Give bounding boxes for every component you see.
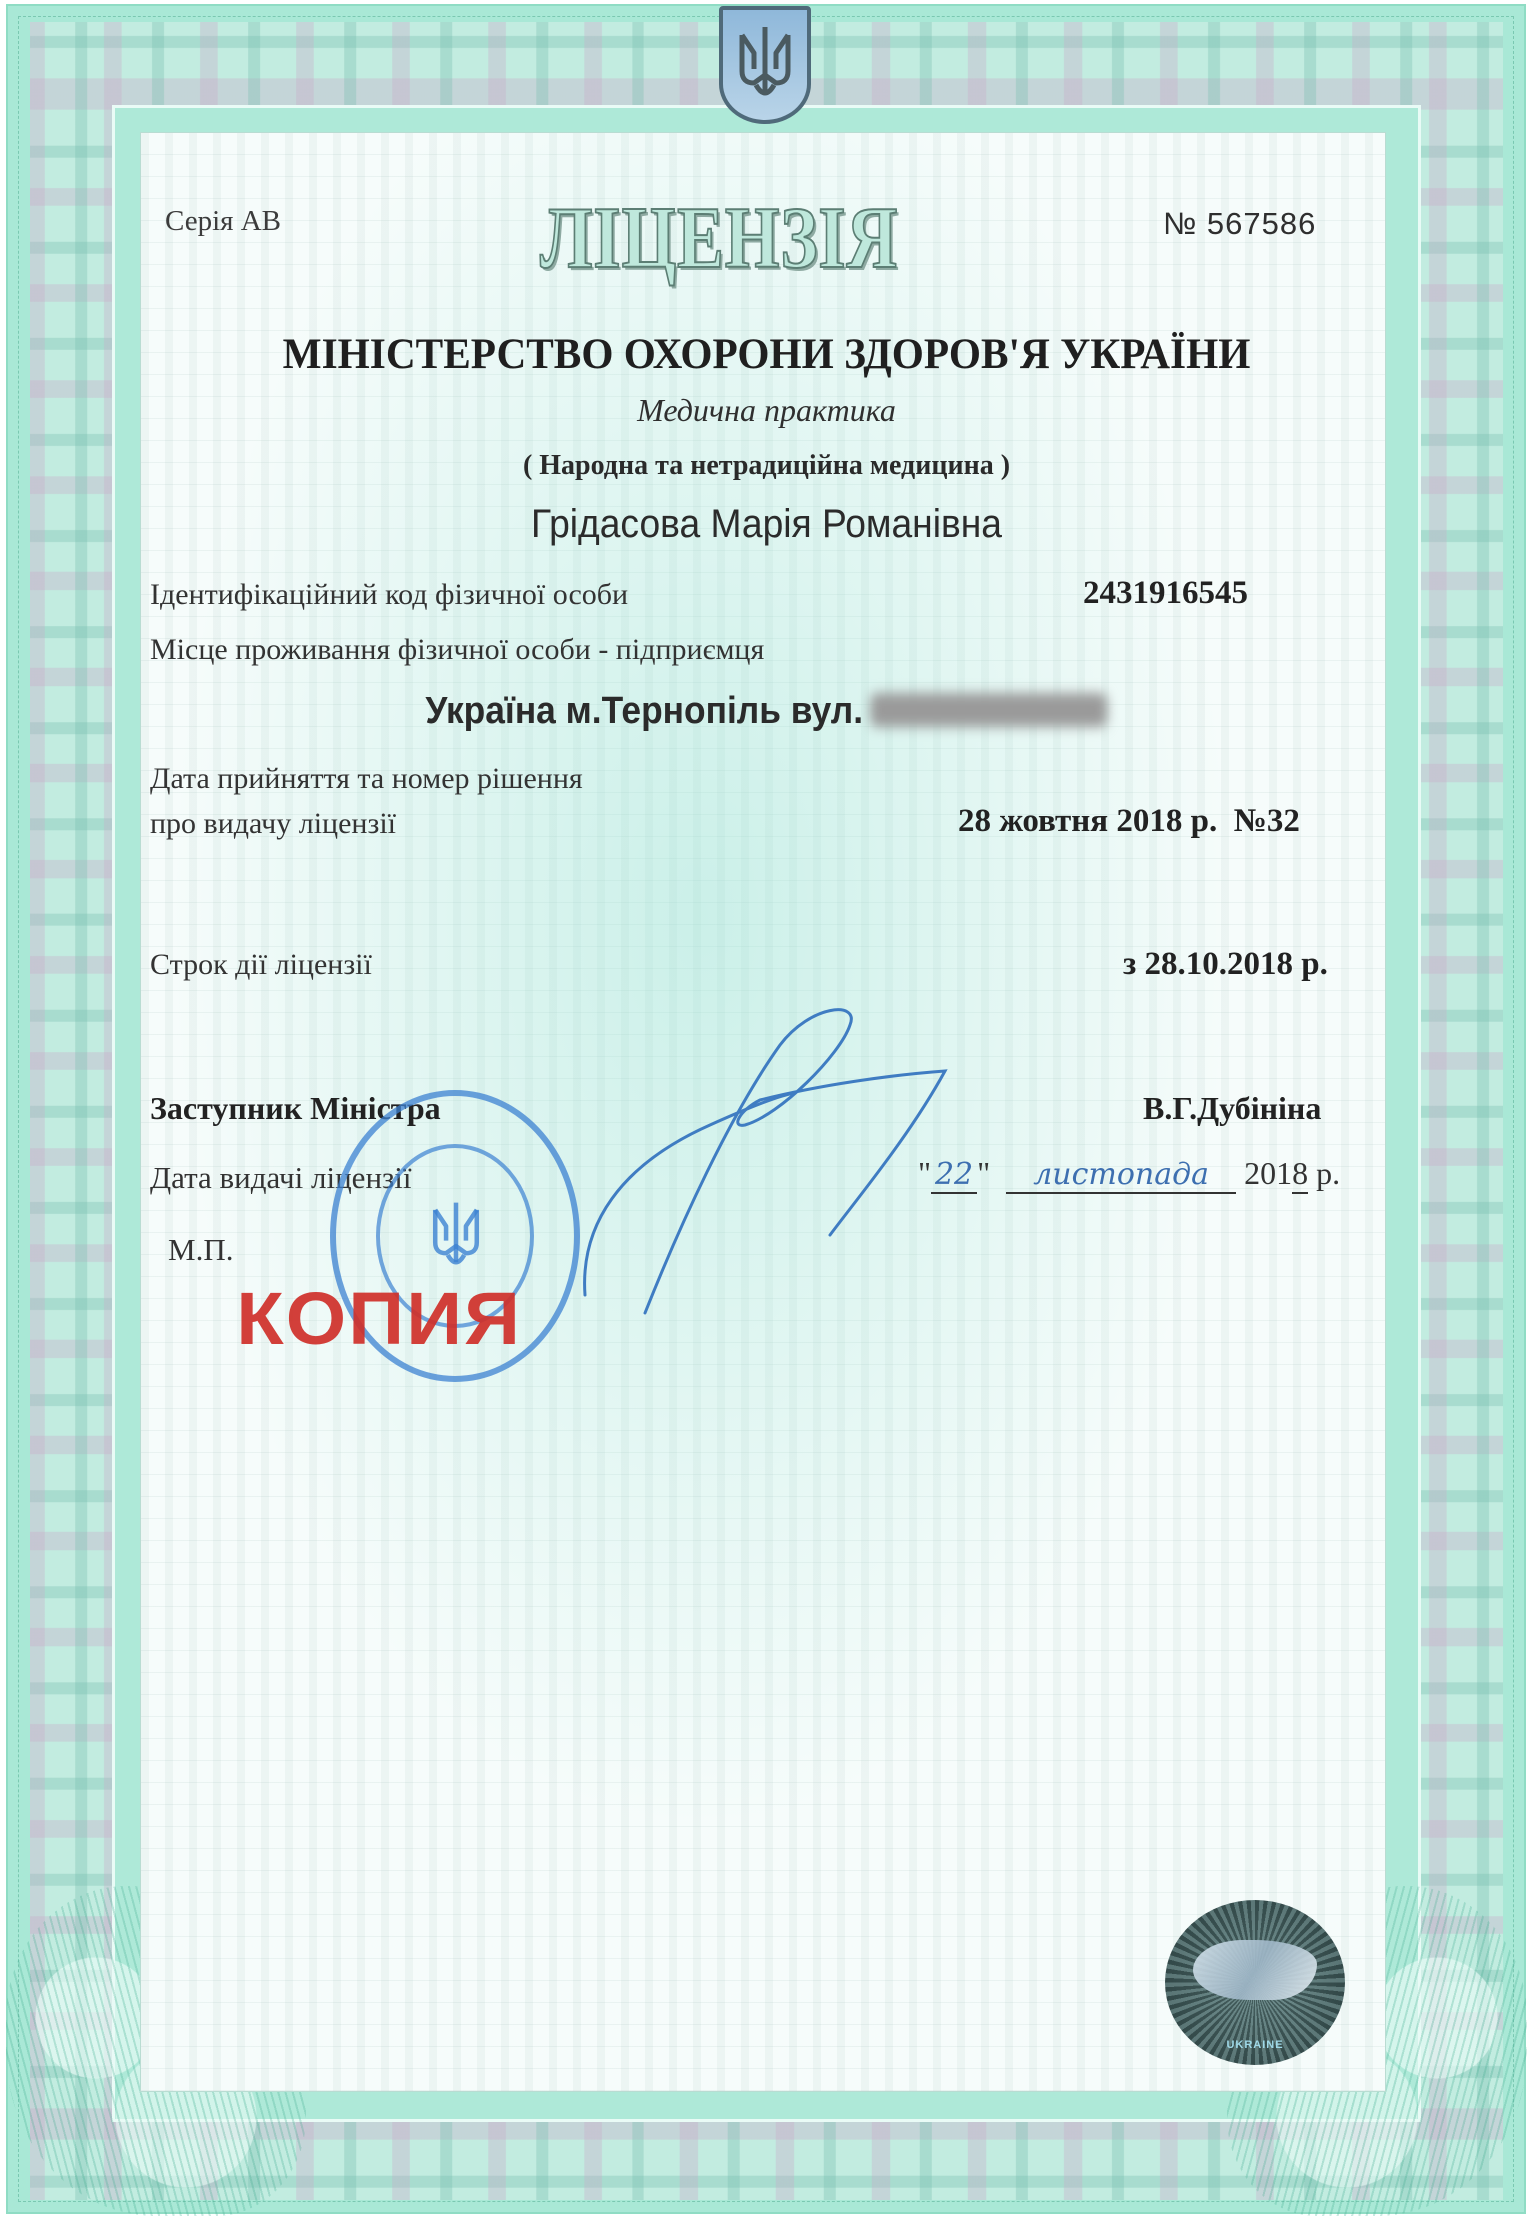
document-title: ЛІЦЕНЗІЯ [540,188,898,289]
holder-name: Грідасова Марія Романівна [54,502,1480,547]
hologram-security-sticker: UKRAINE [1165,1900,1345,2065]
id-code-label: Ідентифікаційний код фізичної особи [150,578,628,612]
activity-subtype: ( Народна та нетрадиційна медицина ) [0,450,1533,482]
issue-year-prefix: 201 [1244,1155,1292,1191]
residence-value: Україна м.Тернопіль вул. [54,690,1480,733]
issue-year-suffix: р. [1308,1155,1340,1191]
hologram-text: UKRAINE [1165,2039,1345,2051]
series-label: Серія АВ [165,205,281,238]
decision-value: 28 жовтня 2018 р. №32 [958,803,1300,840]
handwritten-signature-icon [560,995,960,1315]
decision-label-line1: Дата прийняття та номер рішення [150,762,583,796]
issue-month-handwritten: листопада [1006,1157,1236,1194]
validity-label: Строк дії ліцензії [150,948,372,982]
id-code-value: 2431916545 [1083,575,1248,612]
seal-label: М.П. [168,1232,233,1268]
quote-close: " [977,1155,990,1191]
decision-label-line2: про видачу ліцензії [150,807,396,841]
residence-label: Місце проживання фізичної особи - підпри… [150,633,764,667]
copy-stamp: КОПИЯ [236,1276,522,1361]
redacted-street-block [871,693,1108,727]
activity-type: Медична практика [0,392,1533,429]
validity-value: з 28.10.2018 р. [1123,946,1328,983]
issue-date-value: "22" листопада 2018 р. [918,1155,1340,1194]
issuer-name: МІНІСТЕРСТВО ОХОРОНИ ЗДОРОВ'Я УКРАЇНИ [31,330,1503,379]
seal-trident-icon [428,1196,484,1278]
residence-address-text: Україна м.Тернопіль вул. [425,690,863,732]
signatory-name: В.Г.Дубініна [1143,1090,1321,1127]
coat-of-arms-trident-icon [719,6,811,124]
issue-year-digit: 8 [1292,1155,1308,1194]
license-number: № 567586 [1163,206,1316,242]
ukraine-map-icon [1193,1940,1317,2000]
